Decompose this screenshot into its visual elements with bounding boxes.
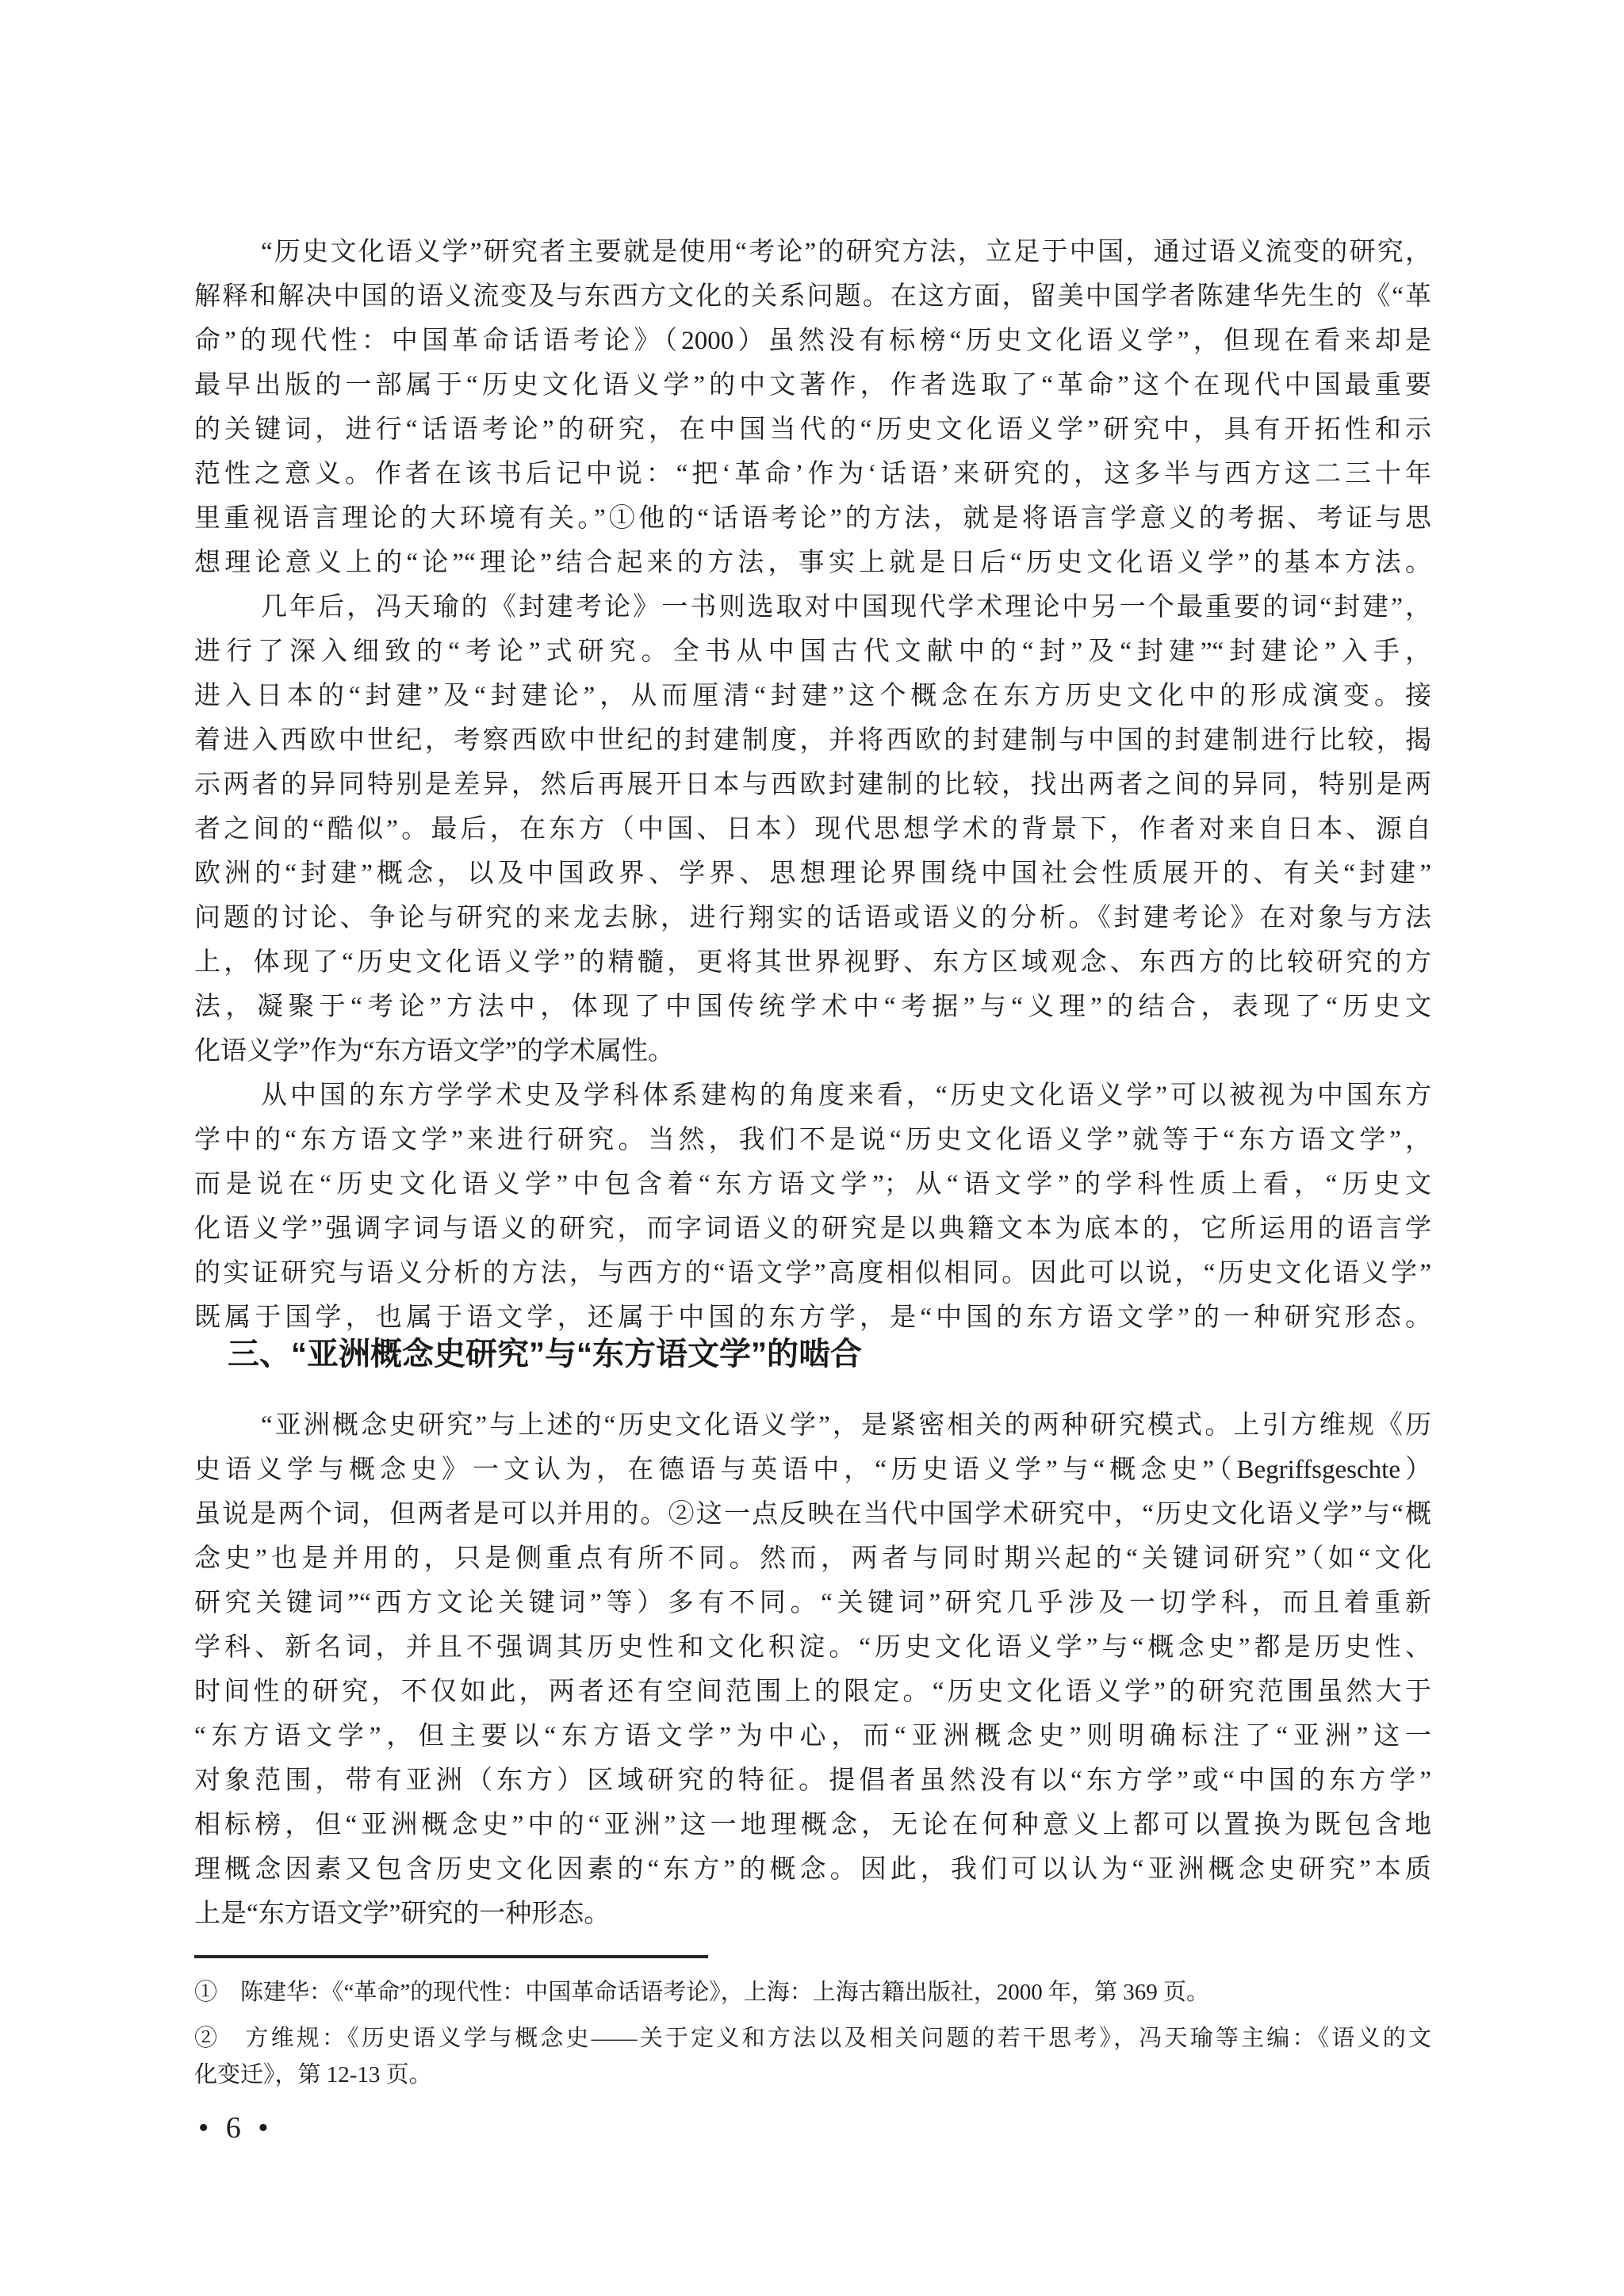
text-line: 法，凝聚于“考论”方法中，体现了中国传统学术中“考据”与“义理”的结合，表现了“… bbox=[194, 985, 1431, 1029]
text-line: 而是说在“历史文化语义学”中包含着“东方语文学”；从“语文学”的学科性质上看，“… bbox=[194, 1162, 1431, 1207]
text-line: 欧洲的“封建”概念，以及中国政界、学界、思想理论界围绕中国社会性质展开的、有关“… bbox=[194, 851, 1431, 896]
text-line: 化语义学”作为“东方语文学”的学术属性。 bbox=[194, 1029, 1431, 1073]
text-line: 问题的讨论、争论与研究的来龙去脉，进行翔实的话语或语义的分析。《封建考论》在对象… bbox=[194, 896, 1431, 940]
footnote: ① 陈建华：《“革命”的现代性：中国革命话语考论》，上海：上海古籍出版社，200… bbox=[194, 1974, 1431, 2011]
text-line: 几年后，冯天瑜的《封建考论》一书则选取对中国现代学术理论中另一个最重要的词“封建… bbox=[194, 585, 1431, 629]
text-line: 着进入西欧中世纪，考察西欧中世纪的封建制度，并将西欧的封建制与中国的封建制进行比… bbox=[194, 718, 1431, 763]
footnote-line: ① 陈建华：《“革命”的现代性：中国革命话语考论》，上海：上海古籍出版社，200… bbox=[194, 1974, 1431, 2011]
text-line: 虽说是两个词，但两者是可以并用的。②这一点反映在当代中国学术研究中，“历史文化语… bbox=[194, 1492, 1431, 1536]
text-line: 命”的现代性：中国革命话语考论》（2000）虽然没有标榜“历史文化语义学”，但现… bbox=[194, 319, 1431, 363]
text-line: 理概念因素又包含历史文化因素的“东方”的概念。因此，我们可以认为“亚洲概念史研究… bbox=[194, 1847, 1431, 1892]
text-line: 进行了深入细致的“考论”式研究。全书从中国古代文献中的“封”及“封建”“封建论”… bbox=[194, 629, 1431, 674]
text-line: 研究关键词”“西方文论关键词”等）多有不同。“关键词”研究几乎涉及一切学科，而且… bbox=[194, 1581, 1431, 1625]
text-line: 上是“东方语文学”研究的一种形态。 bbox=[194, 1892, 1431, 1936]
text-line: 对象范围，带有亚洲（东方）区域研究的特征。提倡者虽然没有以“东方学”或“中国的东… bbox=[194, 1758, 1431, 1803]
text-line: 示两者的异同特别是差异，然后再展开日本与西欧封建制的比较，找出两者之间的异同，特… bbox=[194, 763, 1431, 807]
text-line: “历史文化语义学”研究者主要就是使用“考论”的研究方法，立足于中国，通过语义流变… bbox=[194, 230, 1431, 274]
text-line: 史语义学与概念史》一文认为，在德语与英语中，“历史语义学”与“概念史”（Begr… bbox=[194, 1448, 1431, 1492]
text-line: 范性之意义。作者在该书后记中说：“把‘革命’作为‘话语’来研究的，这多半与西方这… bbox=[194, 452, 1431, 496]
text-line: 想理论意义上的“论”“理论”结合起来的方法，事实上就是日后“历史文化语义学”的基… bbox=[194, 541, 1431, 585]
text-line: 进入日本的“封建”及“封建论”，从而厘清“封建”这个概念在东方历史文化中的形成演… bbox=[194, 674, 1431, 718]
paragraph: 几年后，冯天瑜的《封建考论》一书则选取对中国现代学术理论中另一个最重要的词“封建… bbox=[194, 585, 1431, 1073]
paragraph: 从中国的东方学学术史及学科体系建构的角度来看，“历史文化语义学”可以被视为中国东… bbox=[194, 1073, 1431, 1340]
text-line: 念史”也是并用的，只是侧重点有所不同。然而，两者与同时期兴起的“关键词研究”（如… bbox=[194, 1536, 1431, 1581]
paragraph: “亚洲概念史研究”与上述的“历史文化语义学”，是紧密相关的两种研究模式。上引方维… bbox=[194, 1403, 1431, 1936]
text-line: 的实证研究与语义分析的方法，与西方的“语文学”高度相似相同。因此可以说，“历史文… bbox=[194, 1251, 1431, 1295]
text-line: 上，体现了“历史文化语义学”的精髓，更将其世界视野、东方区域观念、东西方的比较研… bbox=[194, 940, 1431, 985]
text-line: 学中的“东方语文学”来进行研究。当然，我们不是说“历史文化语义学”就等于“东方语… bbox=[194, 1118, 1431, 1162]
paragraph: “历史文化语义学”研究者主要就是使用“考论”的研究方法，立足于中国，通过语义流变… bbox=[194, 230, 1431, 585]
footnote-line: 化变迁》，第 12-13 页。 bbox=[194, 2057, 1431, 2093]
text-line: 者之间的“酷似”。最后，在东方（中国、日本）现代思想学术的背景下，作者对来自日本… bbox=[194, 807, 1431, 851]
text-line: 时间性的研究，不仅如此，两者还有空间范围上的限定。“历史文化语义学”的研究范围虽… bbox=[194, 1670, 1431, 1714]
footnote-line: ② 方维规：《历史语义学与概念史——关于定义和方法以及相关问题的若干思考》，冯天… bbox=[194, 2020, 1431, 2057]
footnote-separator bbox=[194, 1955, 708, 1958]
text-line: 从中国的东方学学术史及学科体系建构的角度来看，“历史文化语义学”可以被视为中国东… bbox=[194, 1073, 1431, 1118]
text-line: 相标榜，但“亚洲概念史”中的“亚洲”这一地理概念，无论在何种意义上都可以置换为既… bbox=[194, 1803, 1431, 1847]
text-line: 里重视语言理论的大环境有关。”①他的“话语考论”的方法，就是将语言学意义的考据、… bbox=[194, 496, 1431, 541]
document-page: “历史文化语义学”研究者主要就是使用“考论”的研究方法，立足于中国，通过语义流变… bbox=[0, 0, 1624, 2296]
text-line: “东方语文学”，但主要以“东方语文学”为中心，而“亚洲概念史”则明确标注了“亚洲… bbox=[194, 1714, 1431, 1758]
footnote: ② 方维规：《历史语义学与概念史——关于定义和方法以及相关问题的若干思考》，冯天… bbox=[194, 2020, 1431, 2093]
section-heading-block: 三、“亚洲概念史研究”与“东方语文学”的啮合 bbox=[194, 1330, 1431, 1378]
text-line: “亚洲概念史研究”与上述的“历史文化语义学”，是紧密相关的两种研究模式。上引方维… bbox=[194, 1403, 1431, 1448]
text-line: 解释和解决中国的语义流变及与东西方文化的关系问题。在这方面，留美中国学者陈建华先… bbox=[194, 274, 1431, 319]
text-line: 化语义学”强调字词与语义的研究，而字词语义的研究是以典籍文本为底本的，它所运用的… bbox=[194, 1207, 1431, 1251]
section-heading: 三、“亚洲概念史研究”与“东方语文学”的啮合 bbox=[194, 1330, 1431, 1378]
text-line: 的关键词，进行“话语考论”的研究，在中国当代的“历史文化语义学”研究中，具有开拓… bbox=[194, 408, 1431, 452]
text-line: 最早出版的一部属于“历史文化语义学”的中文著作，作者选取了“革命”这个在现代中国… bbox=[194, 363, 1431, 408]
text-line: 学科、新名词，并且不强调其历史性和文化积淀。“历史文化语义学”与“概念史”都是历… bbox=[194, 1625, 1431, 1670]
page-number: • 6 • bbox=[198, 2110, 274, 2145]
